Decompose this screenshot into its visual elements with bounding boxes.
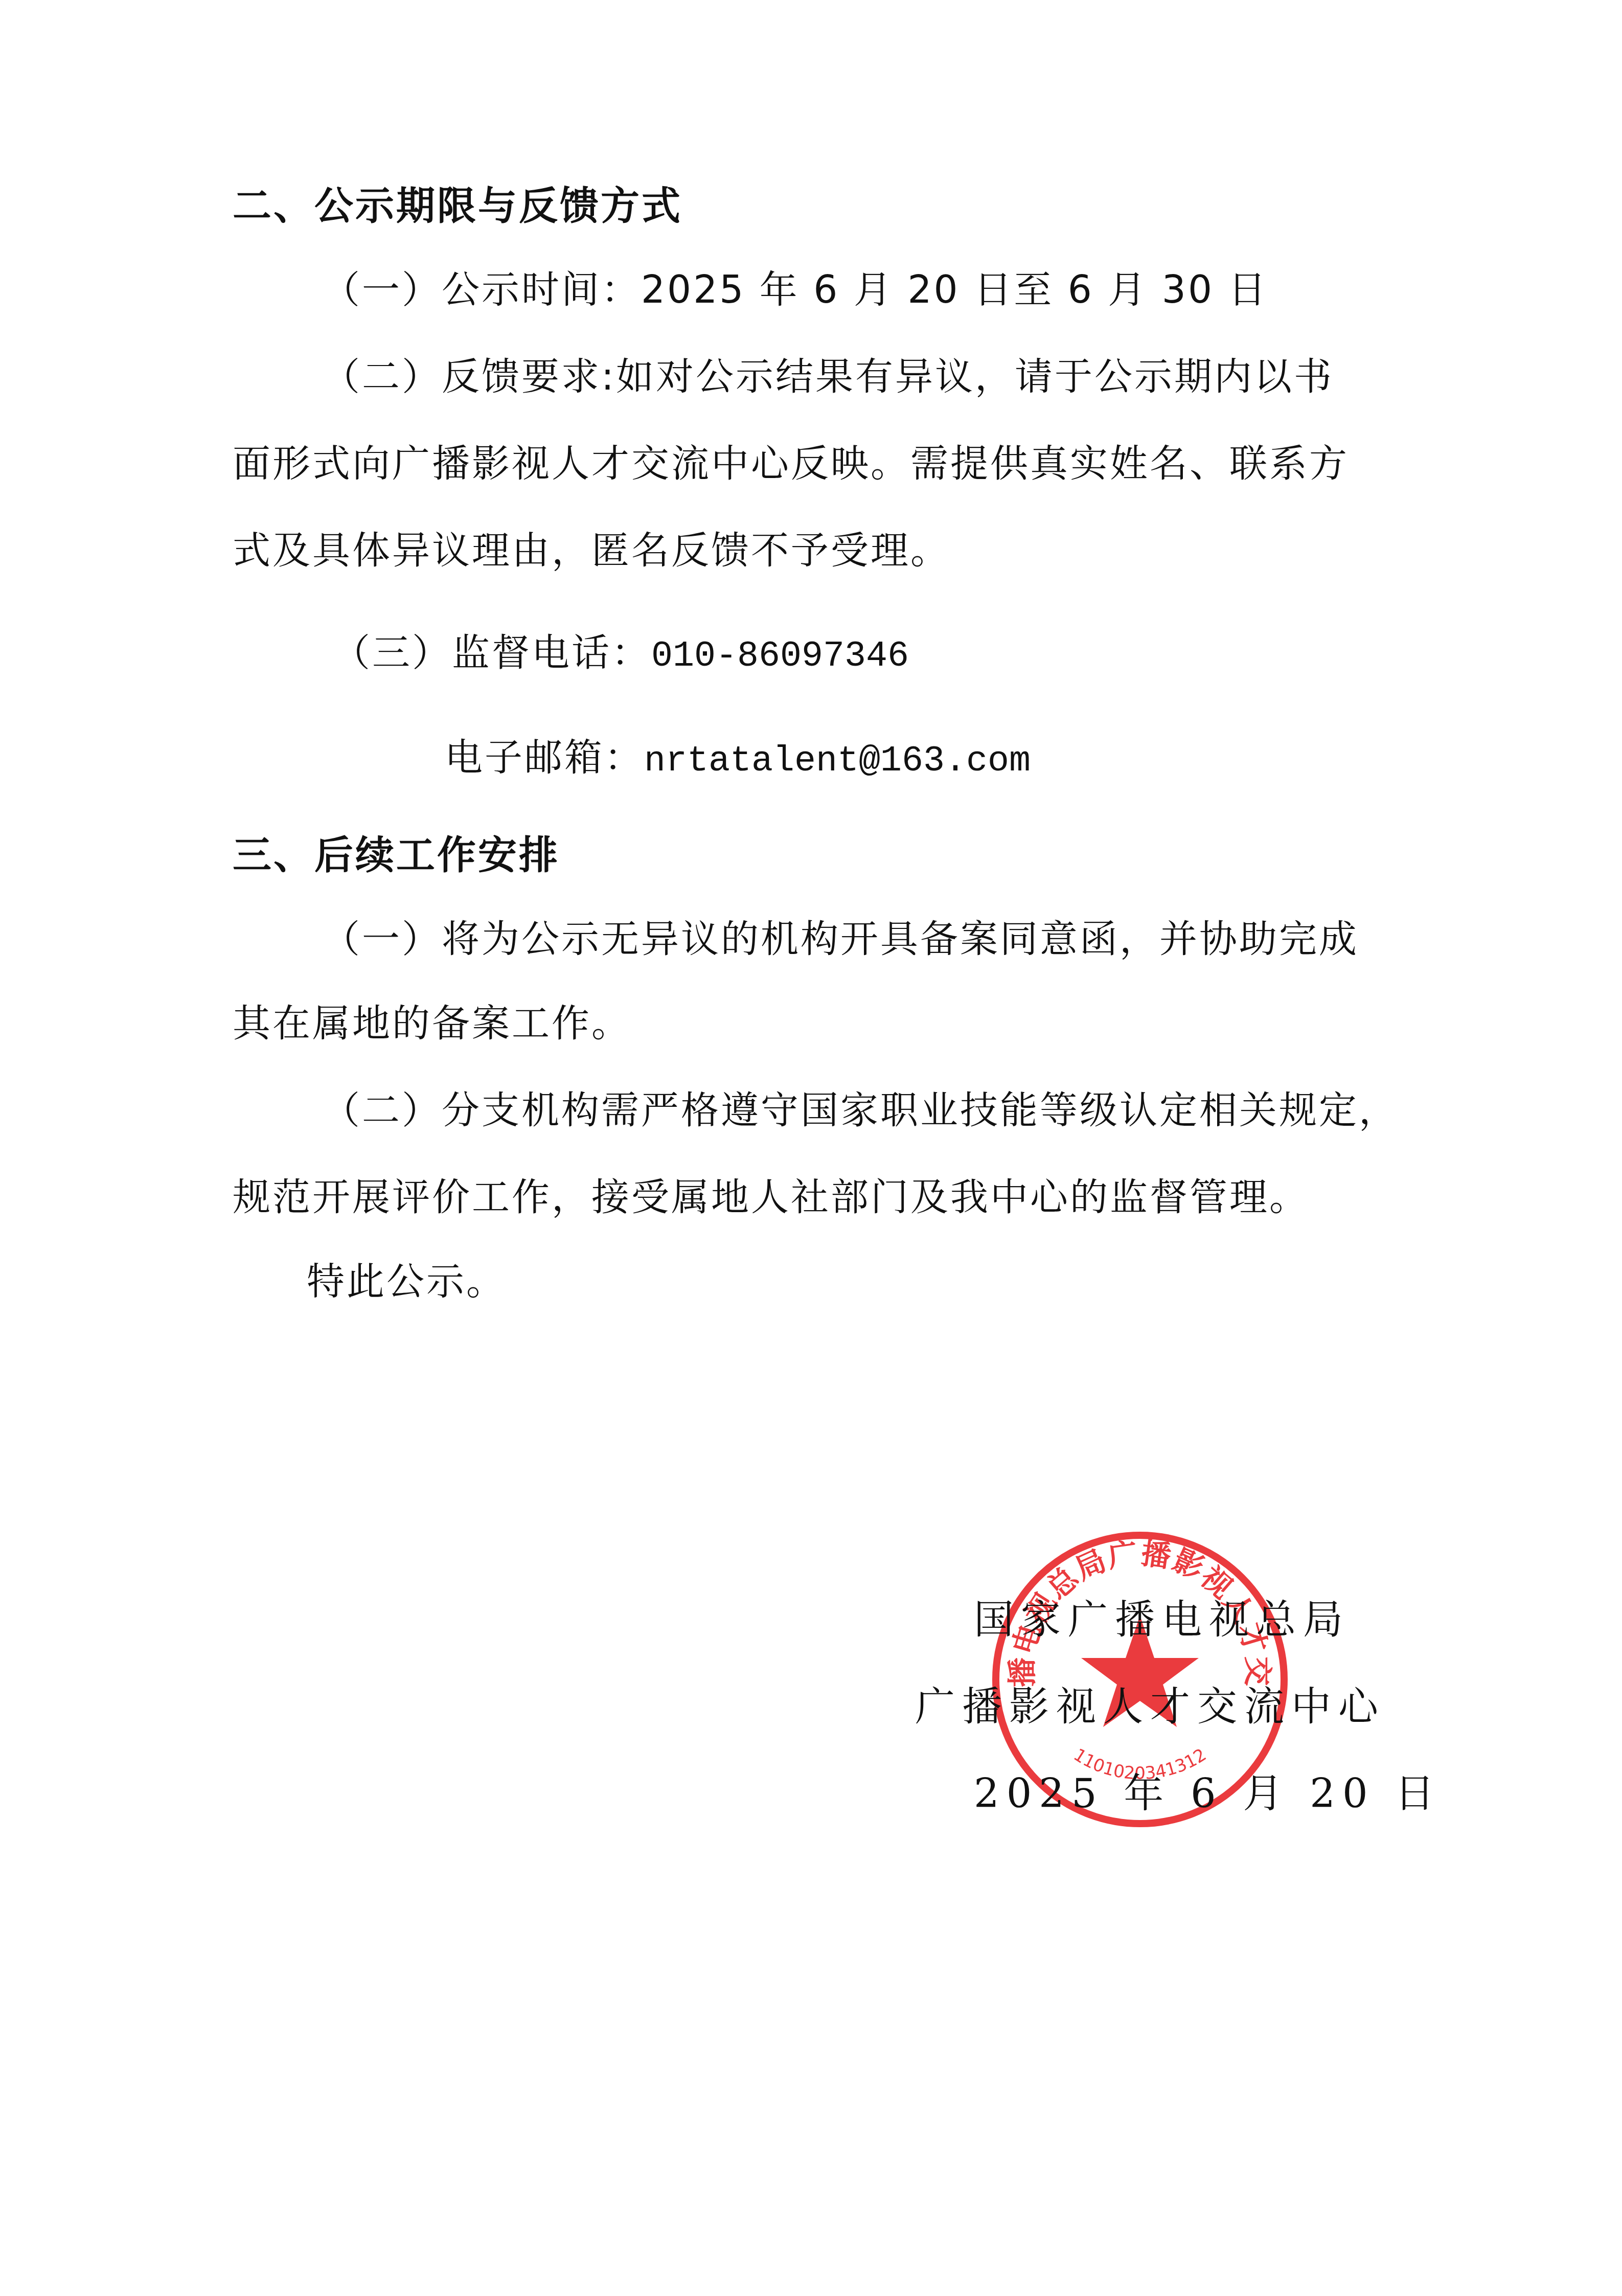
section-3-item-2-line-2: 规范开展评价工作，接受属地人社部门及我中心的监督管理。 <box>233 1178 1309 1216</box>
closing-remark: 特此公示。 <box>307 1263 506 1301</box>
signature-org-line-1: 国家广播电视总局 <box>974 1600 1350 1640</box>
section-2-item-2-line-2: 面形式向广播影视人才交流中心反映。需提供真实姓名、联系方 <box>233 445 1349 483</box>
phone-number: 010-86097346 <box>651 636 909 677</box>
section-2-heading: 二、公示期限与反馈方式 <box>233 187 682 225</box>
email-address: nrtatalent@163.com <box>644 741 1031 782</box>
section-3-item-1-line-1: （一）将为公示无异议的机构开具备案同意函，并协助完成 <box>322 920 1359 958</box>
phone-row: （三）监督电话：010-86097346 <box>332 634 909 675</box>
section-2-item-2-line-1: （二）反馈要求:如对公示结果有异议，请于公示期内以书 <box>322 358 1334 396</box>
phone-label: （三）监督电话： <box>332 631 651 675</box>
section-2-item-1: （一）公示时间：2025 年 6 月 20 日至 6 月 30 日 <box>322 271 1268 309</box>
section-3-item-1-line-2: 其在属地的备案工作。 <box>233 1005 631 1042</box>
email-label: 电子邮箱： <box>445 736 644 780</box>
section-3-item-2-line-1: （二）分支机构需严格遵守国家职业技能等级认定相关规定， <box>322 1092 1399 1129</box>
signature-org-line-2: 广播影视人才交流中心 <box>915 1687 1385 1727</box>
section-2-item-2-line-3: 式及具体异议理由，匿名反馈不予受理。 <box>233 532 950 570</box>
email-row: 电子邮箱：nrtatalent@163.com <box>445 739 1031 780</box>
section-3-heading: 三、后续工作安排 <box>233 836 560 875</box>
signature-date: 2025 年 6 月 20 日 <box>974 1774 1442 1814</box>
